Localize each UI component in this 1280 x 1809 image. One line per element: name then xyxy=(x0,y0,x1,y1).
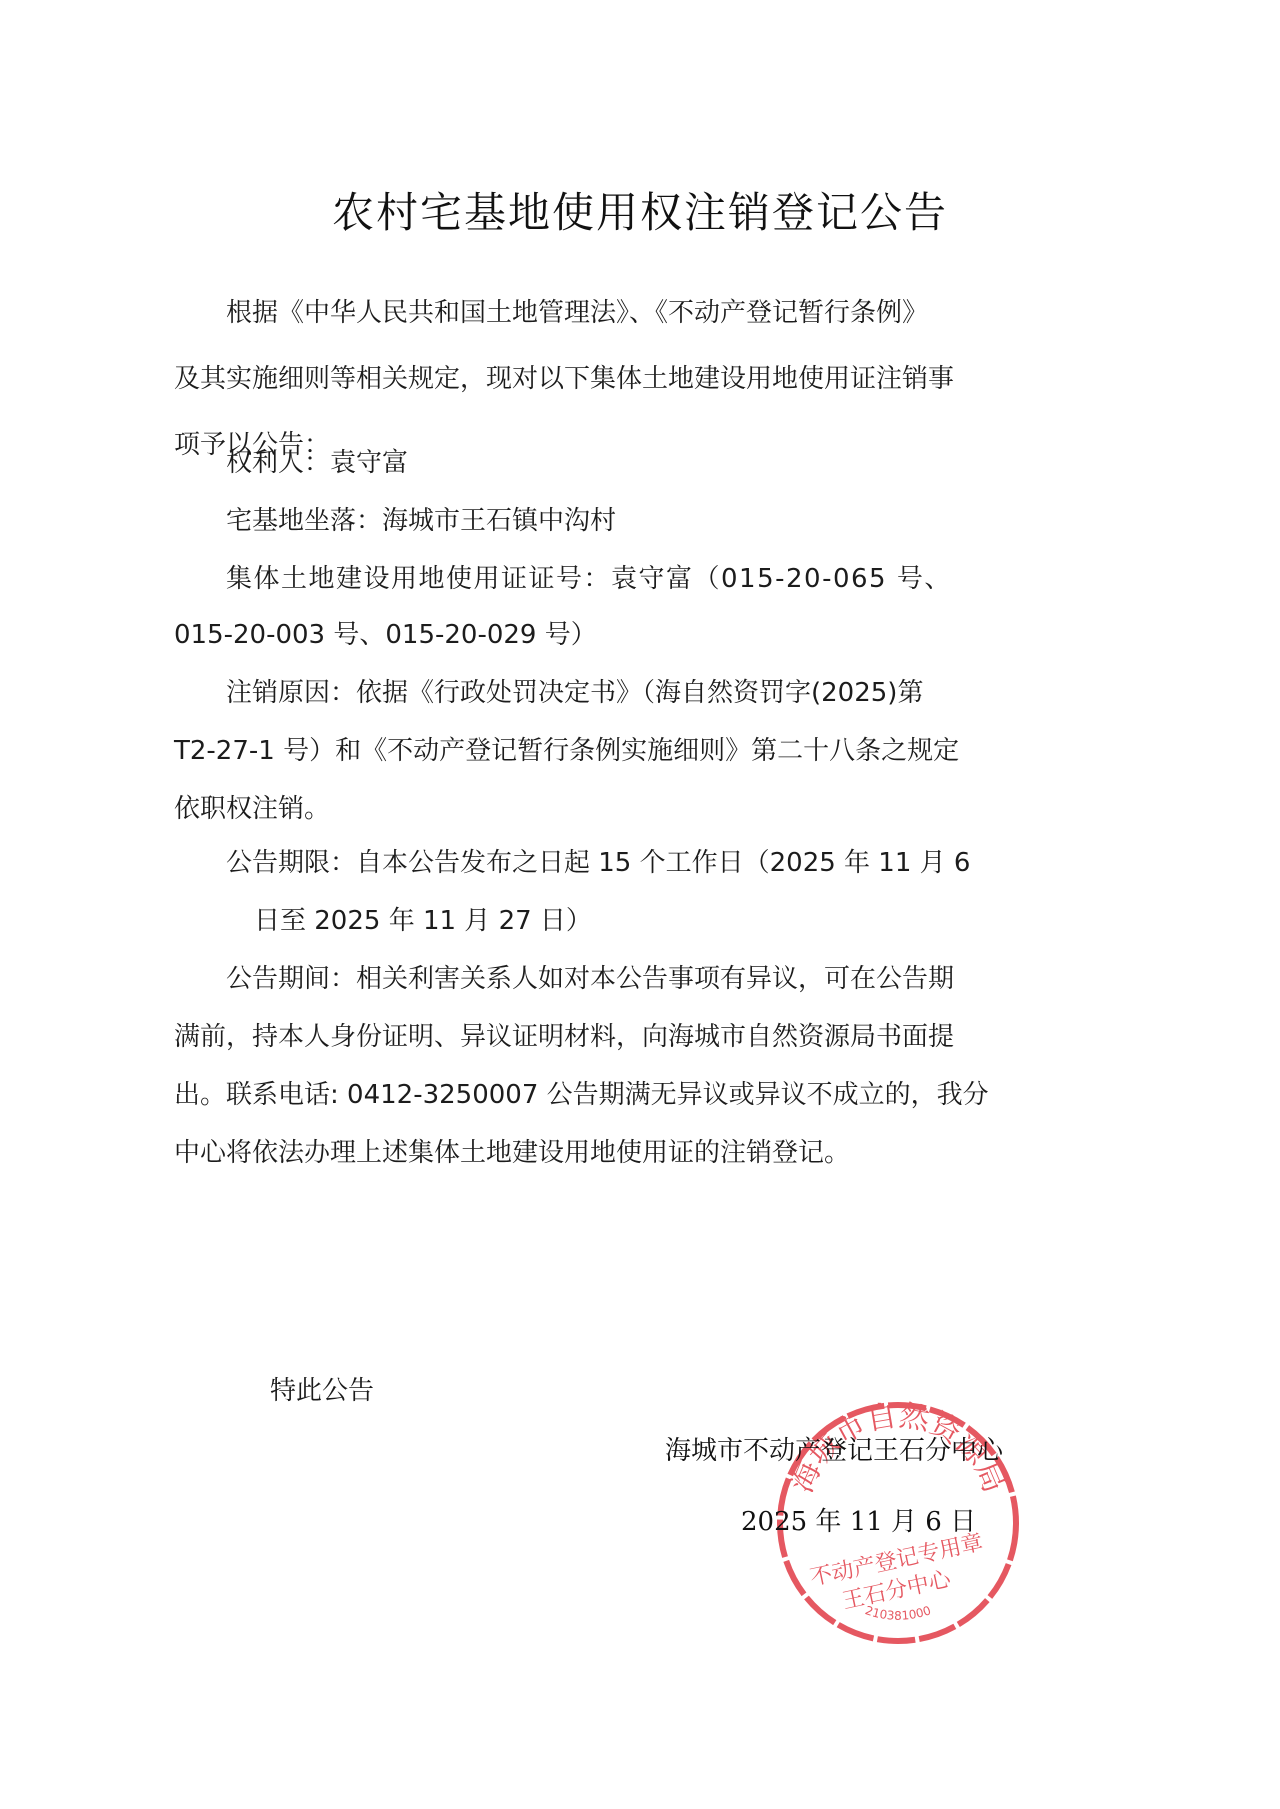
reason-paragraph: 注销原因：依据《行政处罚决定书》（海自然资罚字(2025)第 T2-27-1 号… xyxy=(196,660,1088,842)
signing-organization: 海城市不动产登记王石分中心 xyxy=(665,1430,1065,1467)
location: 宅基地坐落：海城市王石镇中沟村 xyxy=(196,488,1088,554)
reason-line: 注销原因：依据《行政处罚决定书》（海自然资罚字(2025)第 xyxy=(196,660,1088,726)
signature-block: 海城市不动产登记王石分中心 2025 年 11 月 6 日 xyxy=(665,1430,1065,1538)
right-holder: 权利人：袁守富 xyxy=(196,430,1088,496)
objection-line: 中心将依法办理上述集体土地建设用地使用证的注销登记。 xyxy=(174,1120,1088,1186)
period-paragraph: 公告期限：自本公告发布之日起 15 个工作日（2025 年 11 月 6 日至 … xyxy=(196,830,1088,954)
signing-date: 2025 年 11 月 6 日 xyxy=(665,1501,1065,1538)
location-paragraph: 宅基地坐落：海城市王石镇中沟村 xyxy=(196,488,1088,554)
document-title: 农村宅基地使用权注销登记公告 xyxy=(0,180,1280,240)
intro-line: 根据《中华人民共和国土地管理法》、《不动产登记暂行条例》 xyxy=(196,280,1088,346)
right-holder-paragraph: 权利人：袁守富 xyxy=(196,430,1088,496)
reason-line: T2-27-1 号）和《不动产登记暂行条例实施细则》第二十八条之规定 xyxy=(174,718,1088,784)
stamp-inner-line1: 不动产登记专用章 xyxy=(808,1530,985,1591)
objection-paragraph: 公告期间：相关利害关系人如对本公告事项有异议，可在公告期 满前，持本人身份证明、… xyxy=(196,946,1088,1186)
intro-line: 及其实施细则等相关规定，现对以下集体土地建设用地使用证注销事 xyxy=(174,346,1088,412)
objection-line: 满前，持本人身份证明、异议证明材料，向海城市自然资源局书面提 xyxy=(174,1004,1088,1070)
stamp-code: 210381000 xyxy=(863,1603,932,1623)
notice-page: 农村宅基地使用权注销登记公告 根据《中华人民共和国土地管理法》、《不动产登记暂行… xyxy=(0,0,1280,1809)
objection-line: 出。联系电话: 0412-3250007 公告期满无异议或异议不成立的，我分 xyxy=(174,1062,1088,1128)
closing-remark: 特此公告 xyxy=(270,1370,374,1407)
period-line: 公告期限：自本公告发布之日起 15 个工作日（2025 年 11 月 6 xyxy=(196,830,1088,896)
certificate-paragraph: 集体土地建设用地使用证证号：袁守富（015-20-065 号、 015-20-0… xyxy=(196,546,1088,668)
period-line: 日至 2025 年 11 月 27 日） xyxy=(196,888,1088,954)
stamp-inner-line2: 王石分中心 xyxy=(840,1567,954,1615)
objection-line: 公告期间：相关利害关系人如对本公告事项有异议，可在公告期 xyxy=(196,946,1088,1012)
